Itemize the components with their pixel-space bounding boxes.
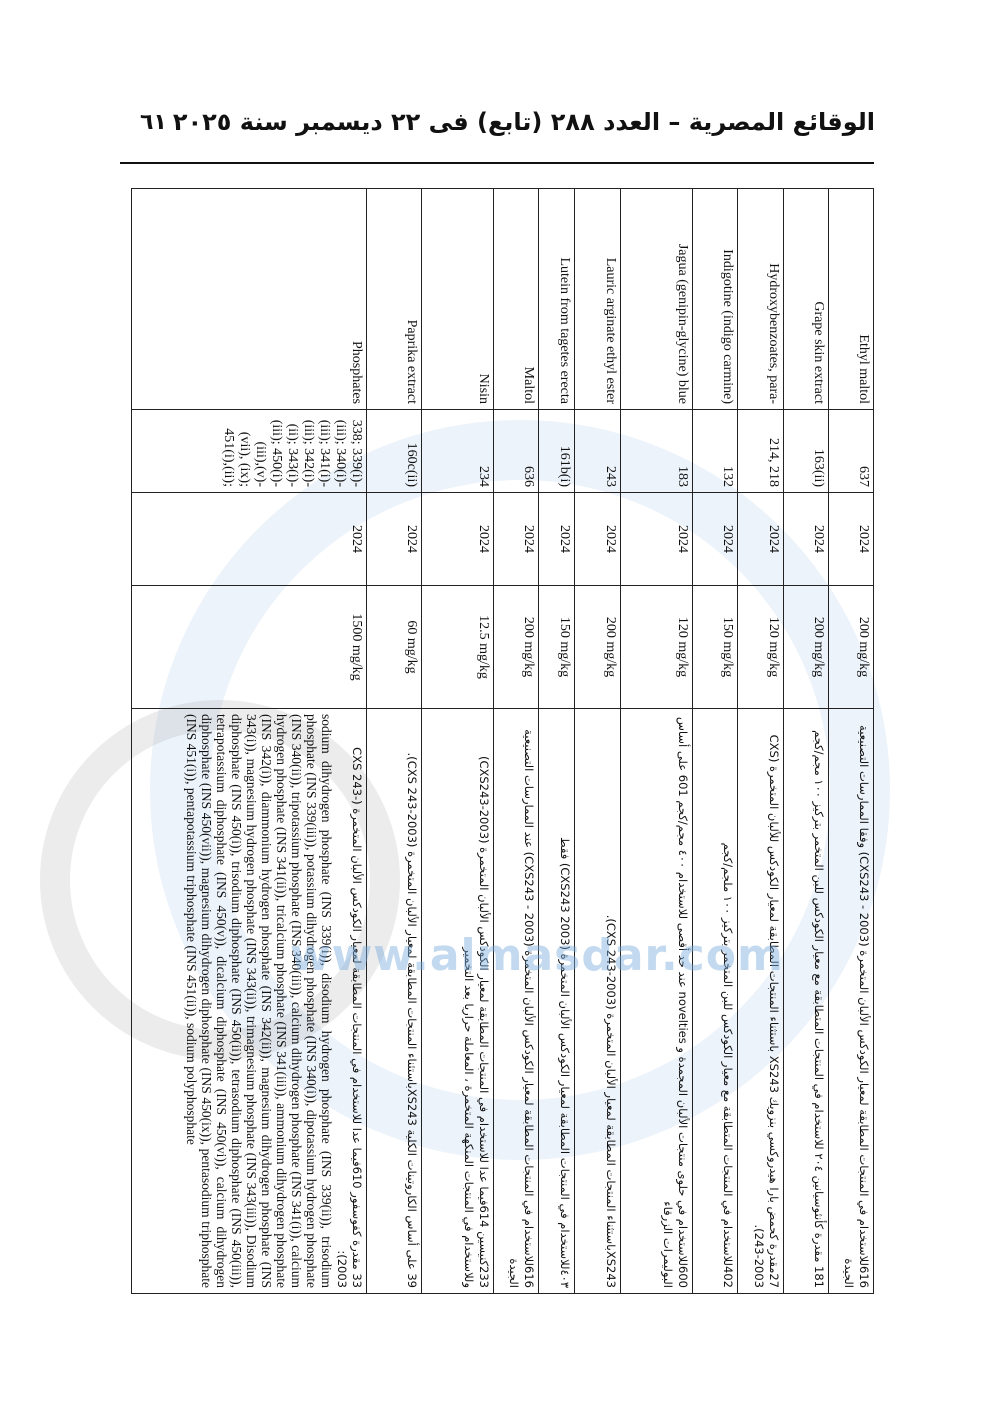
table-row: Lauric arginate ethyl ester2432024200 mg… — [575, 189, 620, 1294]
ins-number: 214, 218 — [738, 410, 783, 493]
notes: 600للاستخدام في حلوى منتجات الألبان المج… — [620, 709, 692, 1294]
additive-name: Phosphates — [132, 189, 367, 410]
table-row: Indigotine (indigo carmine)1322024150 mg… — [693, 189, 738, 1294]
notes-arabic: 39 على أساس الكاروتينات الكلية XS243باست… — [405, 753, 419, 1288]
additive-name: Lutein from tagetes erecta — [539, 189, 575, 410]
year-adopted: 2024 — [620, 493, 692, 586]
gazette-title: الوقائع المصرية – العدد ٢٨٨ (تابع) فى ٢٢… — [173, 108, 875, 136]
max-level: 60 mg/kg — [367, 586, 421, 709]
max-level: 1500 mg/kg — [132, 586, 367, 709]
max-level: 200 mg/kg — [828, 586, 873, 709]
max-level: 200 mg/kg — [575, 586, 620, 709]
notes-arabic: 600للاستخدام في حلوى منتجات الألبان المج… — [661, 717, 690, 1288]
max-level: 200 mg/kg — [783, 586, 828, 709]
notes-arabic: 402للاستخدام في المنتجات المتطابقة مع مع… — [721, 843, 735, 1288]
additive-name: Grape skin extract — [783, 189, 828, 410]
year-adopted: 2024 — [132, 493, 367, 586]
table-row: Paprika extract160c(ii)202460 mg/kg39 عل… — [367, 189, 421, 1294]
ins-number: 160c(ii) — [367, 410, 421, 493]
table-row: Lutein from tagetes erecta161b(i)2024150… — [539, 189, 575, 1294]
page-header: الوقائع المصرية – العدد ٢٨٨ (تابع) فى ٢٢… — [130, 108, 875, 152]
ins-number: 338; 339(i)-(iii); 340(i)-(iii); 341(i)-… — [132, 410, 367, 493]
additive-name: Paprika extract — [367, 189, 421, 410]
additive-name: Maltol — [494, 189, 539, 410]
ins-number: 243 — [575, 410, 620, 493]
additives-table-container: Ethyl maltol6372024200 mg/kg616للاستخدام… — [132, 188, 874, 1294]
additive-name: Nisin — [421, 189, 493, 410]
year-adopted: 2024 — [421, 493, 493, 586]
max-level: 120 mg/kg — [738, 586, 783, 709]
additive-name: Lauric arginate ethyl ester — [575, 189, 620, 410]
year-adopted: 2024 — [828, 493, 873, 586]
page-number: ٦١ — [140, 110, 167, 135]
year-adopted: 2024 — [494, 493, 539, 586]
ins-number: 234 — [421, 410, 493, 493]
additive-name: Ethyl maltol — [828, 189, 873, 410]
notes: 27مقدرة كحمض بارا هيدروكسي بنزويك XS243 … — [738, 709, 783, 1294]
table-row: Ethyl maltol6372024200 mg/kg616للاستخدام… — [828, 189, 873, 1294]
additives-table: Ethyl maltol6372024200 mg/kg616للاستخدام… — [131, 188, 874, 1294]
year-adopted: 2024 — [693, 493, 738, 586]
notes-arabic: 27مقدرة كحمض بارا هيدروكسي بنزويك XS243 … — [752, 735, 781, 1288]
notes: 233كنيسين 614فيما عدا للاستخدام في المنت… — [421, 709, 493, 1294]
year-adopted: 2024 — [539, 493, 575, 586]
additive-name: Indigotine (indigo carmine) — [693, 189, 738, 410]
ins-number: 637 — [828, 410, 873, 493]
table-row: Maltol6362024200 mg/kg616للاستخدام في ال… — [494, 189, 539, 1294]
table-row: Grape skin extract163(ii)2024200 mg/kg18… — [783, 189, 828, 1294]
ins-number: 636 — [494, 410, 539, 493]
year-adopted: 2024 — [575, 493, 620, 586]
ins-number: 163(ii) — [783, 410, 828, 493]
year-adopted: 2024 — [367, 493, 421, 586]
table-row: Phosphates338; 339(i)-(iii); 340(i)-(iii… — [132, 189, 367, 1294]
notes-english: sodium dihydrogen phosphate (INS 339(i))… — [184, 714, 334, 1288]
year-adopted: 2024 — [738, 493, 783, 586]
table-row: Jagua (genipin-glycine) blue1832024120 m… — [620, 189, 692, 1294]
notes: 39 على أساس الكاروتينات الكلية XS243باست… — [367, 709, 421, 1294]
header-divider — [120, 162, 874, 164]
notes: 616للاستخدام في المنتجات المطابقة لمعيار… — [494, 709, 539, 1294]
notes: XS243باستثناء المنتجات المطابقة لمعيار ا… — [575, 709, 620, 1294]
max-level: 120 mg/kg — [620, 586, 692, 709]
year-adopted: 2024 — [783, 493, 828, 586]
ins-number: 161b(i) — [539, 410, 575, 493]
notes: 402للاستخدام في المنتجات المتطابقة مع مع… — [693, 709, 738, 1294]
table-row: Nisin234202412.5 mg/kg233كنيسين 614فيما … — [421, 189, 493, 1294]
notes-arabic: 616للاستخدام في المنتجات المطابقة لمعيار… — [507, 729, 536, 1288]
notes-arabic: 233كنيسين 614فيما عدا للاستخدام في المنت… — [462, 756, 491, 1288]
additive-name: Jagua (genipin-glycine) blue — [620, 189, 692, 410]
table-row: Hydroxybenzoates, para-214, 2182024120 m… — [738, 189, 783, 1294]
notes: 33 مقدرة كفوسفور 610فيما عدا للاستخدام ف… — [132, 709, 367, 1294]
notes: 616للاستخدام في المنتجات المطابقة لمعيار… — [828, 709, 873, 1294]
max-level: 150 mg/kg — [693, 586, 738, 709]
notes-arabic: 33 مقدرة كفوسفور 610فيما عدا للاستخدام ف… — [335, 747, 364, 1288]
notes-arabic: XS243باستثناء المنتجات المطابقة لمعيار ا… — [604, 915, 618, 1288]
max-level: 12.5 mg/kg — [421, 586, 493, 709]
notes-arabic: 181 مقدرة كأنثوسيانين ٢٠٤ للاستخدام في ا… — [812, 730, 826, 1288]
notes-arabic: 616للاستخدام في المنتجات المطابقة لمعيار… — [842, 725, 871, 1288]
max-level: 200 mg/kg — [494, 586, 539, 709]
ins-number: 132 — [693, 410, 738, 493]
notes: 181 مقدرة كأنثوسيانين ٢٠٤ للاستخدام في ا… — [783, 709, 828, 1294]
max-level: 150 mg/kg — [539, 586, 575, 709]
notes: ٤٠٣للاستخدام في المنتجات المطابقة لمعيار… — [539, 709, 575, 1294]
ins-number: 183 — [620, 410, 692, 493]
notes-arabic: ٤٠٣للاستخدام في المنتجات المطابقة لمعيار… — [558, 837, 572, 1288]
additive-name: Hydroxybenzoates, para- — [738, 189, 783, 410]
